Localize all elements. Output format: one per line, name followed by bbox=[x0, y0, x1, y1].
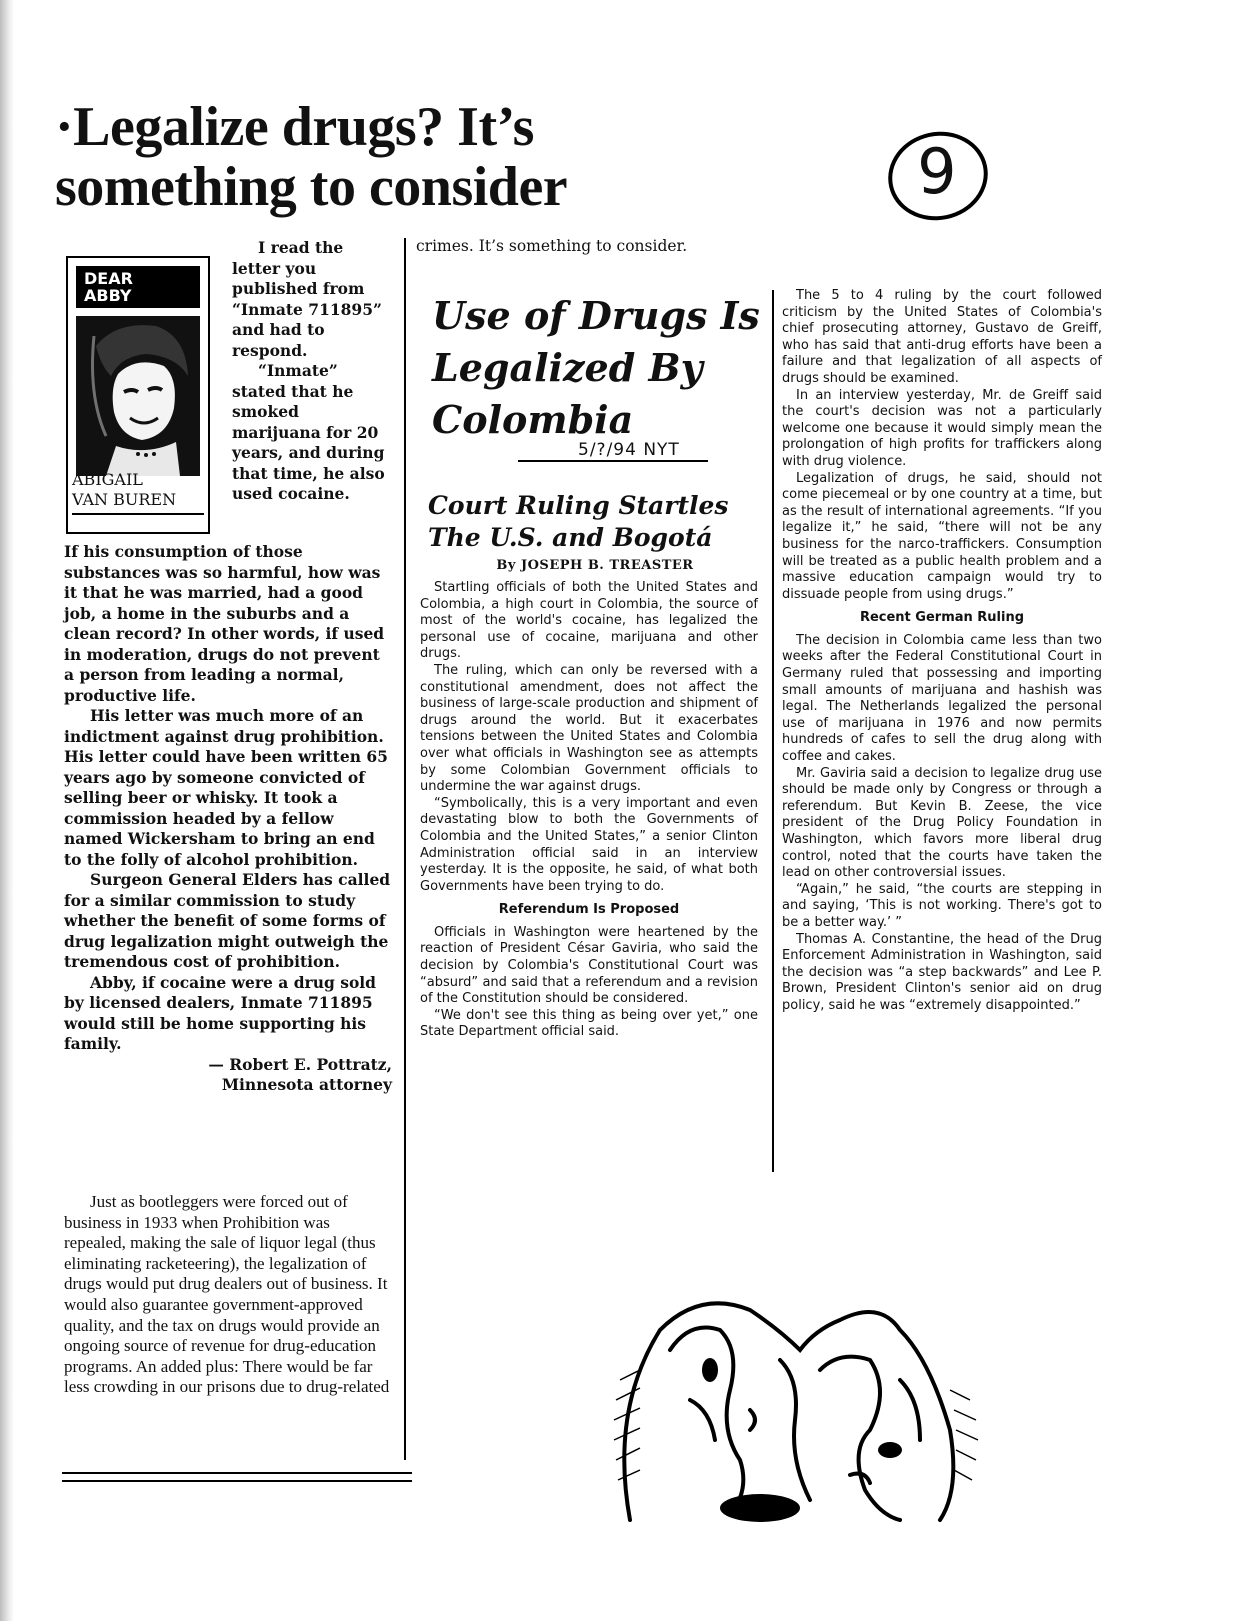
article-paragraph: Officials in Washington were heartened b… bbox=[420, 925, 758, 1008]
abby-reply: Just as bootleggers were forced out of b… bbox=[64, 1192, 394, 1398]
handwritten-date-note: 5/?/94 NYT bbox=[518, 440, 708, 462]
handwritten-page-number: 9 bbox=[880, 123, 996, 230]
page-headline: ·Legalize drugs? It’s something to consi… bbox=[55, 97, 775, 217]
article-paragraph: Startling officials of both the United S… bbox=[420, 580, 758, 663]
letter-intro: I read the letter you published from “In… bbox=[232, 238, 392, 505]
letter-body: If his consumption of those substances w… bbox=[64, 542, 392, 1096]
article-paragraph: Thomas A. Constantine, the head of the D… bbox=[782, 932, 1102, 1015]
article-paragraph: Mr. Gaviria said a decision to legalize … bbox=[782, 766, 1102, 882]
tag-line-1: DEAR bbox=[84, 270, 200, 287]
name-line-1: ABIGAIL bbox=[72, 470, 204, 490]
article-paragraph: “Symbolically, this is a very important … bbox=[420, 796, 758, 896]
letter-paragraph: His letter was much more of an indictmen… bbox=[64, 706, 392, 870]
reply-paragraph: Just as bootleggers were forced out of b… bbox=[64, 1192, 394, 1398]
article-paragraph: The 5 to 4 ruling by the court followed … bbox=[782, 288, 1102, 388]
column-divider bbox=[404, 238, 406, 1460]
article-column-1: Startling officials of both the United S… bbox=[420, 580, 758, 1041]
article-paragraph: Legalization of drugs, he said, should n… bbox=[782, 471, 1102, 604]
portrait-icon bbox=[76, 316, 200, 476]
letter-paragraph: Surgeon General Elders has called for a … bbox=[64, 870, 392, 973]
column-divider bbox=[772, 290, 774, 1172]
letter-paragraph: Abby, if cocaine were a drug sold by lic… bbox=[64, 973, 392, 1055]
article-paragraph: “Again,” he said, “the courts are steppi… bbox=[782, 882, 1102, 932]
article-paragraph: In an interview yesterday, Mr. de Greiff… bbox=[782, 388, 1102, 471]
article-subheadline: Court Ruling Startles The U.S. and Bogot… bbox=[428, 490, 772, 554]
letter-paragraph: “Inmate” stated that he smoked marijuana… bbox=[232, 361, 392, 505]
article-byline: By JOSEPH B. TREASTER bbox=[420, 558, 770, 573]
column-end-rule bbox=[62, 1472, 412, 1482]
dear-abby-tag: DEAR ABBY bbox=[76, 266, 200, 308]
grotesque-heads-icon bbox=[600, 1290, 1020, 1530]
article-subhead: Recent German Ruling bbox=[782, 610, 1102, 627]
article-paragraph: “We don't see this thing as being over y… bbox=[420, 1008, 758, 1041]
article-headline: Use of Drugs Is Legalized By Colombia bbox=[432, 290, 772, 446]
article-paragraph: The ruling, which can only be reversed w… bbox=[420, 663, 758, 796]
letter-paragraph: If his consumption of those substances w… bbox=[64, 542, 392, 706]
page-number-text: 9 bbox=[917, 132, 956, 212]
article-paragraph: The decision in Colombia came less than … bbox=[782, 633, 1102, 766]
columnist-name: ABIGAIL VAN BUREN bbox=[72, 470, 204, 515]
dear-abby-logo: DEAR ABBY ABIGAIL VAN BUREN bbox=[66, 256, 210, 534]
article-column-2: The 5 to 4 ruling by the court followed … bbox=[782, 288, 1102, 1015]
reply-continuation: crimes. It’s something to consider. bbox=[416, 236, 766, 256]
letter-signature-title: Minnesota attorney bbox=[64, 1075, 392, 1096]
letter-paragraph: I read the letter you published from “In… bbox=[232, 238, 392, 361]
cartoon-illustration bbox=[600, 1290, 1020, 1530]
letter-signature-name: — Robert E. Pottratz, bbox=[64, 1055, 392, 1076]
tag-line-2: ABBY bbox=[84, 287, 200, 304]
columnist-portrait-image bbox=[76, 316, 200, 476]
name-line-2: VAN BUREN bbox=[72, 490, 204, 510]
scan-edge-shadow bbox=[0, 0, 14, 1621]
article-subhead: Referendum Is Proposed bbox=[420, 902, 758, 919]
